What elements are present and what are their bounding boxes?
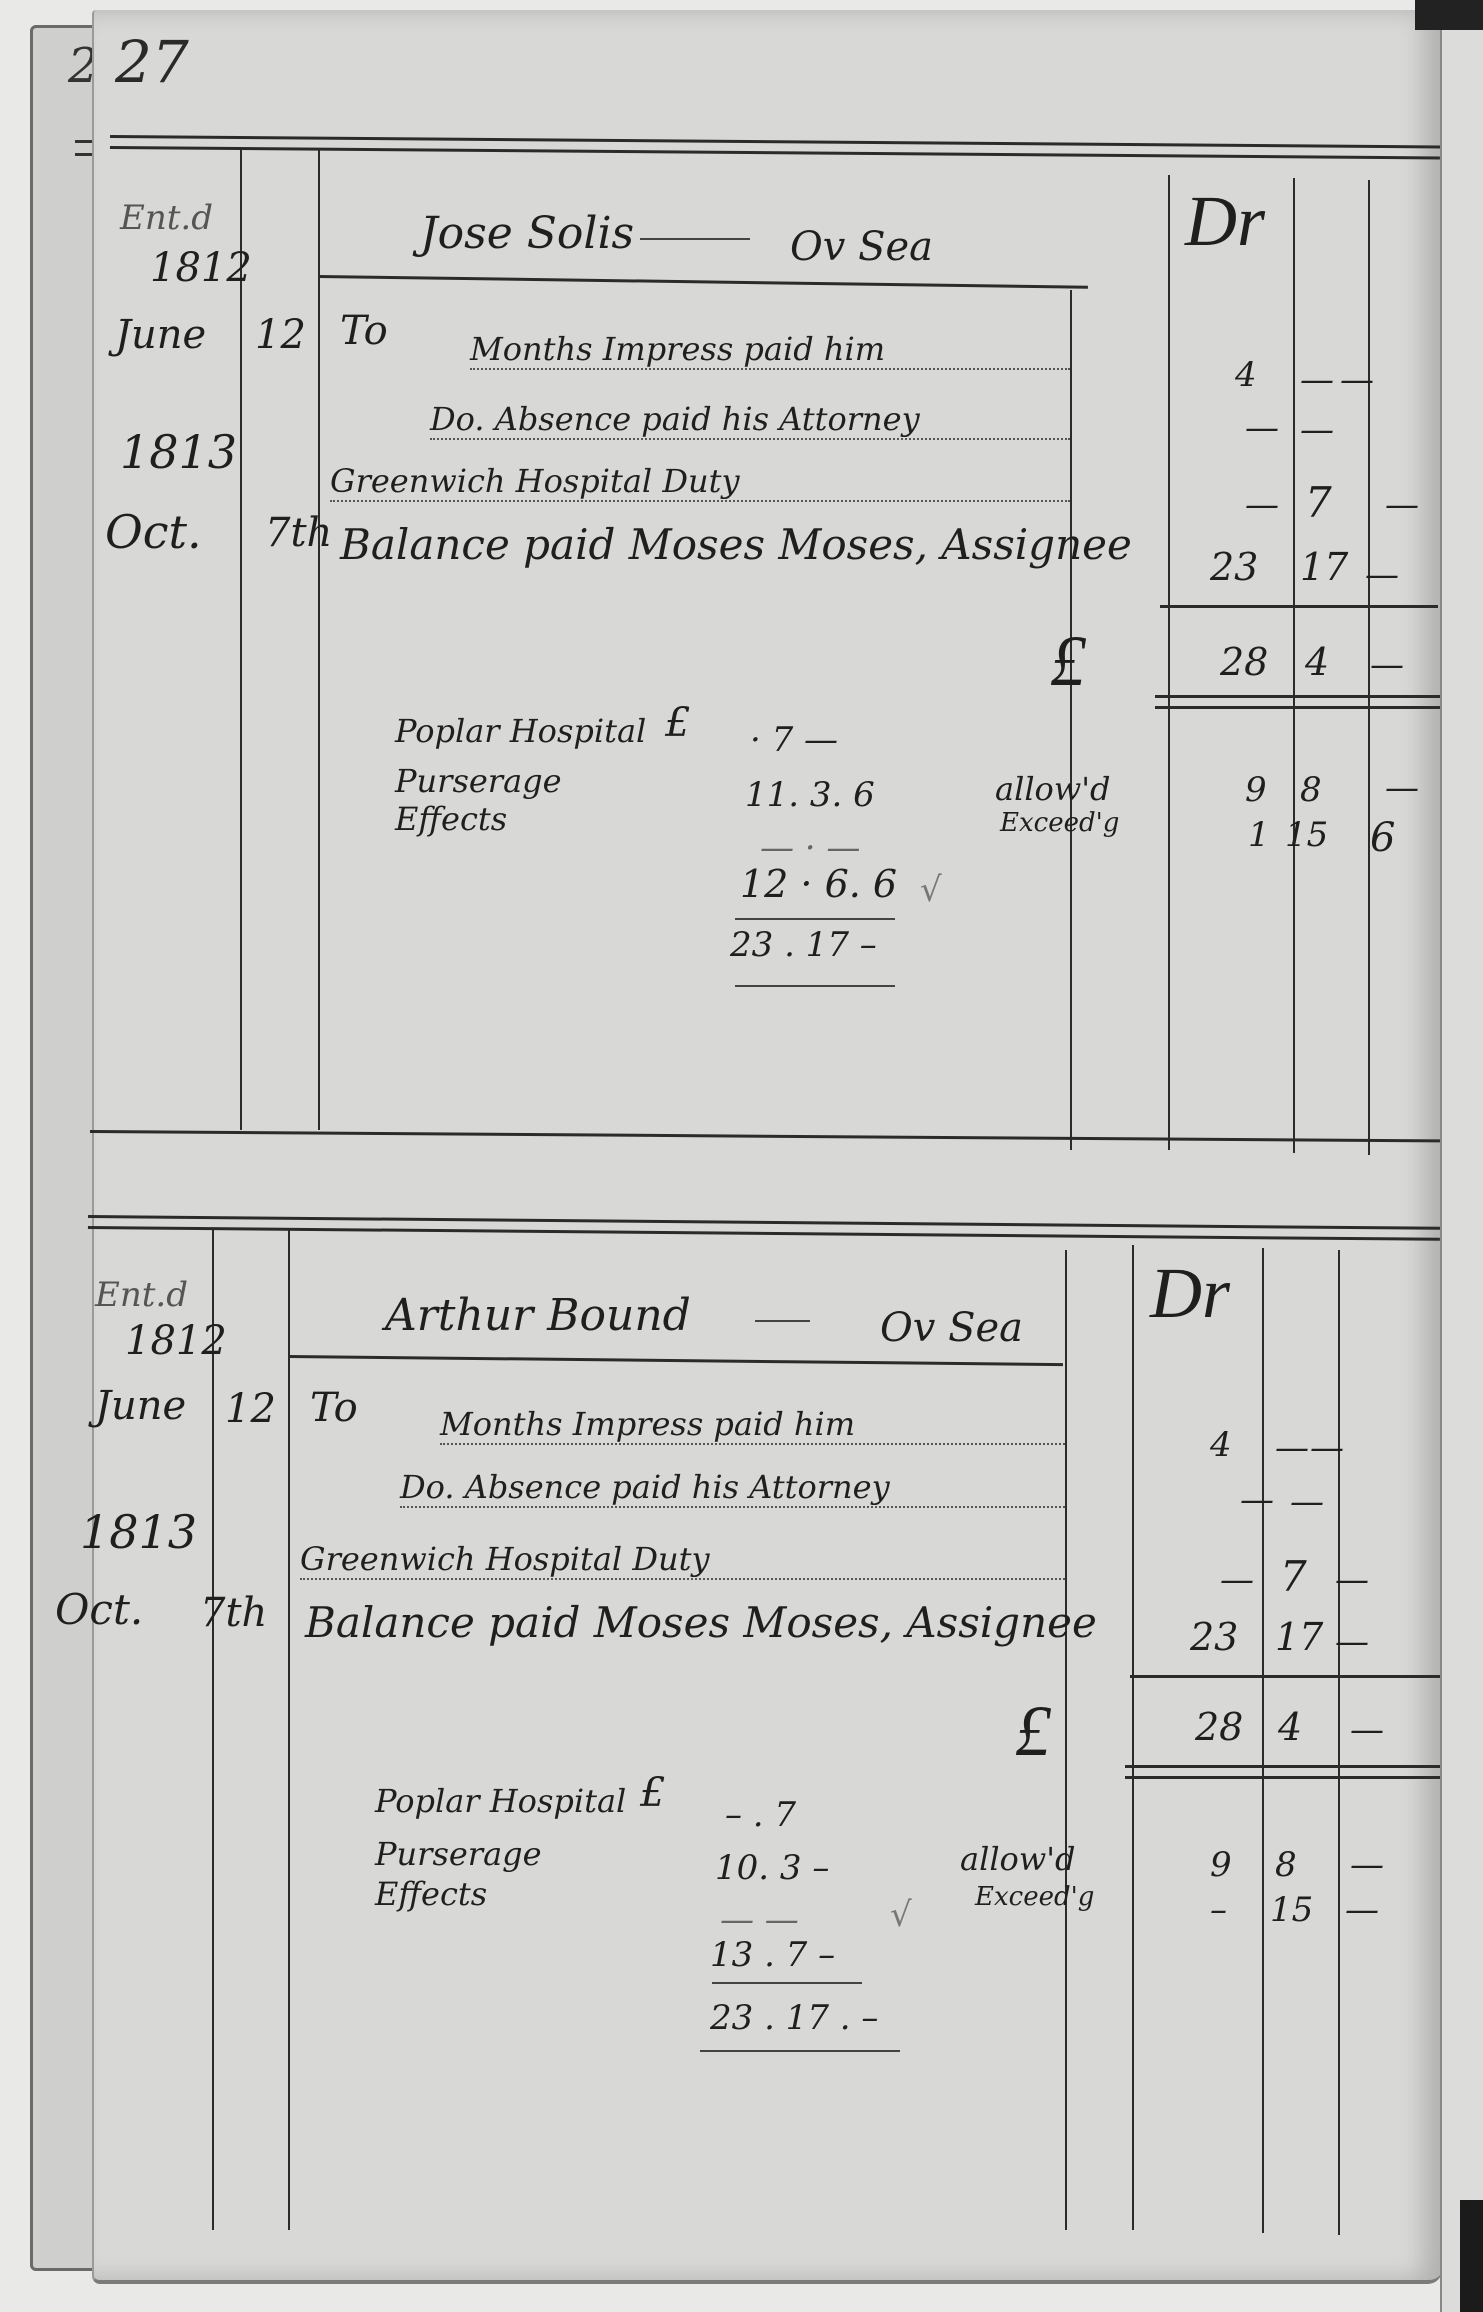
line-pence: — — [1365, 555, 1399, 595]
total-top-rule — [1160, 605, 1438, 608]
check-mark: √ — [920, 870, 942, 910]
line-pounds: 4 — [1235, 355, 1257, 395]
line-day: 7th — [265, 510, 332, 556]
account-status: Ov Sea — [790, 224, 933, 270]
exceeded-shillings: 15 — [1285, 815, 1328, 855]
entered-label: Ent.d — [120, 198, 213, 238]
line-shillings: 17 — [1300, 545, 1348, 589]
column-line-date — [240, 150, 242, 1130]
entry-year: 1812 — [150, 245, 252, 291]
line-description: Do. Absence paid his Attorney — [430, 400, 1070, 440]
account-name: Jose Solis — [420, 208, 634, 259]
total-pounds: 28 — [1220, 640, 1268, 684]
column-line-day — [318, 150, 320, 1130]
breakdown-pound-sign: £ — [665, 700, 690, 746]
total-bottom-rule — [1155, 695, 1440, 709]
line-pence: — — [1300, 410, 1334, 450]
line-pounds: 23 — [1210, 545, 1258, 589]
allowed-shillings: 8 — [1300, 770, 1322, 810]
breakdown-label: Purserage — [395, 762, 562, 800]
name-dash — [640, 218, 750, 240]
breakdown-label: Poplar Hospital — [395, 712, 646, 750]
exceeded-label: Exceed'g — [1000, 808, 1119, 838]
line-shillings: — — [1300, 360, 1334, 400]
name-underline — [318, 275, 1088, 289]
line-pence: — — [1385, 485, 1419, 525]
line-pence: — — [1340, 360, 1374, 400]
line-day: 12 — [255, 312, 306, 358]
subtotal-underline — [735, 918, 895, 920]
allowed-label: allow'd — [995, 770, 1110, 808]
allowed-pounds: 9 — [1245, 770, 1267, 810]
line-year: 1813 — [120, 425, 237, 479]
line-month: June — [115, 312, 206, 358]
grand-total-underline — [735, 985, 895, 987]
exceeded-pounds: 1 — [1248, 815, 1270, 855]
total-pence: — — [1370, 645, 1404, 685]
line-description: Greenwich Hospital Duty — [330, 462, 1070, 502]
allowed-pence: — — [1385, 768, 1419, 808]
breakdown-grand-total: 23 . 17 – — [730, 925, 877, 965]
ledger-entry-1: Ent.d 1812 Jose Solis Ov Sea Dr June 12 … — [0, 0, 1483, 1150]
line-shillings: 7 — [1305, 478, 1332, 527]
line-description: Balance paid Moses Moses, Assignee — [340, 520, 1132, 569]
column-line-desc-end — [1070, 290, 1072, 1150]
breakdown-subtotal: 12 · 6. 6 — [740, 862, 897, 906]
line-shillings: — — [1245, 408, 1279, 448]
debtor-column-header: Dr — [1185, 180, 1265, 263]
entry-top-rule — [110, 135, 1440, 159]
total-pound-sign: £ — [1050, 620, 1086, 703]
column-line-shillings — [1293, 178, 1295, 1153]
entry-bottom-rule — [90, 1130, 1440, 1142]
total-shillings: 4 — [1305, 640, 1329, 684]
column-line-pounds — [1168, 175, 1170, 1150]
line-month: Oct. — [105, 505, 202, 559]
breakdown-value: · 7 — — [750, 720, 838, 760]
line-description: Months Impress paid him — [470, 330, 1070, 370]
line-pounds: — — [1245, 485, 1279, 525]
breakdown-value: 11. 3. 6 — [745, 775, 875, 815]
line-prefix: To — [340, 308, 388, 354]
exceeded-pence: 6 — [1370, 815, 1395, 861]
binding-shadow-bottom — [1460, 2200, 1483, 2312]
breakdown-label: Effects — [395, 800, 507, 838]
